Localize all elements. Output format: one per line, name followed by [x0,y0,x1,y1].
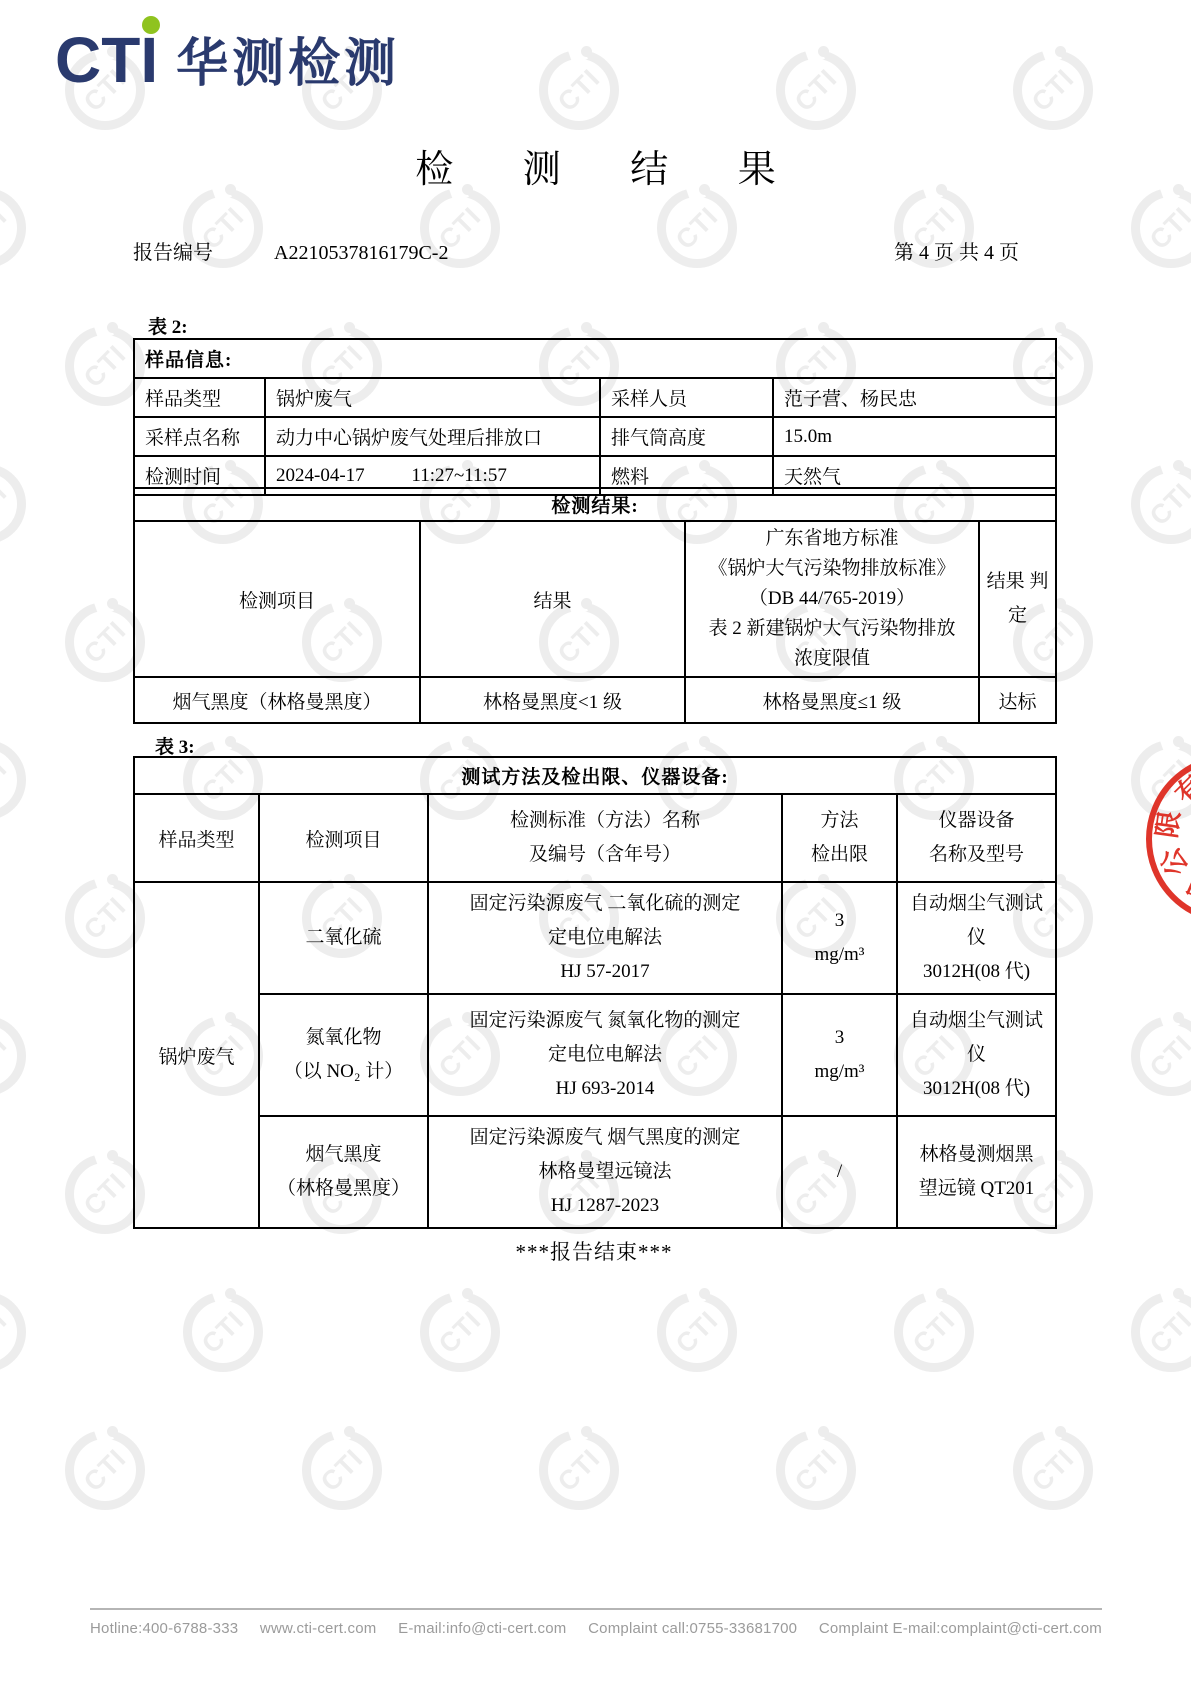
sample-info-section-row: 样品信息: [134,339,1056,378]
report-meta-row: 报告编号 A2210537816179C-2 第 4 页 共 4 页 [133,236,1055,265]
method-col-limit: 方法 检出限 [782,794,897,882]
method-row-nox: 氮氧化物 （以 NO₂ 计） 固定污染源废气 氮氧化物的测定 定电位电解法 HJ… [134,994,1056,1116]
limit-line: 3 [787,1021,892,1055]
cti-watermark-icon: CTI [0,464,26,544]
cti-watermark-icon: CTI [776,1430,856,1510]
item-cell: 烟气黑度 （林格曼黑度） [259,1116,428,1228]
item-cell: 氮氧化物 （以 NO₂ 计） [259,994,428,1116]
limit-line: 3 [787,904,892,938]
method-line: HJ 57-2017 [433,955,777,989]
method-col-sample-type: 样品类型 [134,794,259,882]
seal-char: 限 [1145,808,1187,840]
results-col-item: 检测项目 [134,521,420,677]
header-line: 检测标准（方法）名称 [433,804,777,838]
seal-char: 有 [1165,765,1191,812]
method-table: 测试方法及检出限、仪器设备: 样品类型 检测项目 检测标准（方法）名称 及编号（… [133,756,1057,1229]
results-col-standard: 广东省地方标准 《锅炉大气污染物排放标准》 （DB 44/765-2019） 表… [685,521,979,677]
limit-line: mg/m³ [787,938,892,972]
instrument-line: 自动烟尘气测试仪 [902,887,1051,955]
method-row-so2: 锅炉废气 二氧化硫 固定污染源废气 二氧化硫的测定 定电位电解法 HJ 57-2… [134,882,1056,994]
table3-caption: 表 3: [155,732,195,759]
sampling-point-value: 动力中心锅炉废气处理后排放口 [265,417,600,456]
instrument-line: 望远镜 QT201 [902,1172,1051,1206]
item-line: 二氧化硫 [264,921,423,955]
report-number-label: 报告编号 [133,236,213,265]
results-data-row: 烟气黑度（林格曼黑度） 林格曼黑度<1 级 林格曼黑度≤1 级 达标 [134,677,1056,723]
footer-email: E-mail:info@cti-cert.com [398,1620,566,1637]
results-col-result: 结果 [420,521,685,677]
company-seal-stamp: 有 限 公 司 [1146,754,1191,924]
standard-line: 广东省地方标准 [690,524,974,554]
method-line: 固定污染源废气 烟气黑度的测定 [433,1121,777,1155]
method-line: 固定污染源废气 氮氧化物的测定 [433,1004,777,1038]
cti-watermark-icon: CTI [894,1292,974,1372]
method-cell: 固定污染源废气 烟气黑度的测定 林格曼望远镜法 HJ 1287-2023 [428,1116,782,1228]
sample-type-value: 锅炉废气 [265,378,600,417]
method-cell: 固定污染源废气 二氧化硫的测定 定电位电解法 HJ 57-2017 [428,882,782,994]
cti-watermark-icon: CTI [183,1292,263,1372]
cti-logo-chinese: 华测检测 [176,37,400,92]
method-line: 固定污染源废气 二氧化硫的测定 [433,887,777,921]
item-line: 烟气黑度 [264,1138,423,1172]
cti-watermark-icon: CTI [539,1430,619,1510]
footer: Hotline:400-6788-333 www.cti-cert.com E-… [90,1620,1102,1637]
cti-watermark-icon: CTI [1013,1430,1093,1510]
method-line: HJ 693-2014 [433,1072,777,1106]
cti-logo: CTI 华测检测 [55,28,400,92]
result-item: 烟气黑度（林格曼黑度） [134,677,420,723]
limit-cell: 3 mg/m³ [782,994,897,1116]
sample-info-table: 样品信息: 样品类型 锅炉废气 采样人员 范子营、杨民忠 采样点名称 动力中心锅… [133,338,1057,496]
sampler-label: 采样人员 [600,378,773,417]
cti-watermark-icon: CTI [302,1430,382,1510]
cti-logo-text: CTI [55,28,158,92]
method-col-standard: 检测标准（方法）名称 及编号（含年号） [428,794,782,882]
standard-line: 浓度限值 [690,644,974,674]
footer-hotline: Hotline:400-6788-333 [90,1620,238,1637]
cti-watermark-icon: CTI [539,50,619,130]
seal-char: 公 [1148,842,1191,885]
instrument-line: 3012H(08 代) [902,1072,1051,1106]
result-judgement: 达标 [979,677,1056,723]
method-row-smoke: 烟气黑度 （林格曼黑度） 固定污染源废气 烟气黑度的测定 林格曼望远镜法 HJ … [134,1116,1056,1228]
cti-watermark-icon: CTI [65,1430,145,1510]
sampler-value: 范子营、杨民忠 [773,378,1056,417]
method-line: 林格曼望远镜法 [433,1155,777,1189]
cti-logo-green-dot-icon [142,16,160,34]
test-time-range: 11:27~11:57 [411,465,506,486]
method-cell: 固定污染源废气 氮氧化物的测定 定电位电解法 HJ 693-2014 [428,994,782,1116]
table-row: 采样点名称 动力中心锅炉废气处理后排放口 排气筒高度 15.0m [134,417,1056,456]
stack-height-label: 排气筒高度 [600,417,773,456]
method-line: 定电位电解法 [433,1038,777,1072]
sample-type-merged-cell: 锅炉废气 [134,882,259,1228]
table2-caption: 表 2: [148,312,188,339]
report-number-value: A2210537816179C-2 [274,242,448,265]
standard-line: 《锅炉大气污染物排放标准》 [690,554,974,584]
footer-website: www.cti-cert.com [260,1620,377,1637]
cti-watermark-icon: CTI [420,1292,500,1372]
standard-line: （DB 44/765-2019） [690,584,974,614]
instrument-cell: 林格曼测烟黑 望远镜 QT201 [897,1116,1056,1228]
method-line: 定电位电解法 [433,921,777,955]
footer-complaint-email: Complaint E-mail:complaint@cti-cert.com [819,1620,1102,1637]
method-section-row: 测试方法及检出限、仪器设备: [134,757,1056,794]
cti-watermark-icon: CTI [1131,1016,1191,1096]
cti-watermark-icon: CTI [776,50,856,130]
header-line: 仪器设备 [902,804,1051,838]
result-value: 林格曼黑度<1 级 [420,677,685,723]
instrument-cell: 自动烟尘气测试仪 3012H(08 代) [897,994,1056,1116]
cti-watermark-icon: CTI [0,1016,26,1096]
results-col-judgement: 结果 判定 [979,521,1056,677]
results-header-row: 检测项目 结果 广东省地方标准 《锅炉大气污染物排放标准》 （DB 44/765… [134,521,1056,677]
instrument-line: 3012H(08 代) [902,955,1051,989]
instrument-cell: 自动烟尘气测试仪 3012H(08 代) [897,882,1056,994]
cti-watermark-icon: CTI [1131,188,1191,268]
cti-watermark-icon: CTI [0,740,26,820]
limit-cell: 3 mg/m³ [782,882,897,994]
results-section-row: 检测结果: [134,488,1056,521]
table-row: 样品类型 锅炉废气 采样人员 范子营、杨民忠 [134,378,1056,417]
results-section-title: 检测结果: [134,488,1056,521]
footer-complaint-call: Complaint call:0755-33681700 [588,1620,797,1637]
header-line: 及编号（含年号） [433,838,777,872]
item-line: （林格曼黑度） [264,1172,423,1206]
method-header-row: 样品类型 检测项目 检测标准（方法）名称 及编号（含年号） 方法 检出限 仪器设… [134,794,1056,882]
header-line: 方法 [787,804,892,838]
item-line: 氮氧化物 [264,1021,423,1055]
sampling-point-label: 采样点名称 [134,417,265,456]
cti-watermark-icon: CTI [0,1292,26,1372]
method-section-title: 测试方法及检出限、仪器设备: [134,757,1056,794]
limit-line: / [787,1155,892,1189]
standard-line: 表 2 新建锅炉大气污染物排放 [690,614,974,644]
cti-watermark-icon: CTI [1013,50,1093,130]
cti-logo-letters: CTI [55,24,158,96]
result-limit: 林格曼黑度≤1 级 [685,677,979,723]
test-date: 2024-04-17 [276,465,365,486]
cti-watermark-icon: CTI [657,1292,737,1372]
test-results-table: 检测结果: 检测项目 结果 广东省地方标准 《锅炉大气污染物排放标准》 （DB … [133,487,1057,724]
sample-info-section-title: 样品信息: [134,339,1056,378]
instrument-line: 林格曼测烟黑 [902,1138,1051,1172]
cti-watermark-icon: CTI [1131,464,1191,544]
report-end-marker: ***报告结束*** [133,1236,1055,1266]
report-page: { "header": { "logo_text": "CTI", "logo_… [0,0,1191,1684]
method-col-item: 检测项目 [259,794,428,882]
limit-line: mg/m³ [787,1055,892,1089]
judgement-header-line: 结果 [987,571,1025,592]
instrument-line: 自动烟尘气测试仪 [902,1004,1051,1072]
header-line: 检出限 [787,838,892,872]
method-line: HJ 1287-2023 [433,1189,777,1223]
sample-type-label: 样品类型 [134,378,265,417]
item-cell: 二氧化硫 [259,882,428,994]
method-col-instrument: 仪器设备 名称及型号 [897,794,1056,882]
cti-watermark-icon: CTI [1131,1292,1191,1372]
footer-divider [90,1608,1102,1610]
page-indicator: 第 4 页 共 4 页 [894,236,1019,265]
page-title: 检 测 结 果 [0,138,1191,193]
limit-cell: / [782,1116,897,1228]
item-line: （以 NO₂ 计） [264,1055,423,1089]
cti-watermark-icon: CTI [0,188,26,268]
header-line: 名称及型号 [902,838,1051,872]
stack-height-value: 15.0m [773,417,1056,456]
